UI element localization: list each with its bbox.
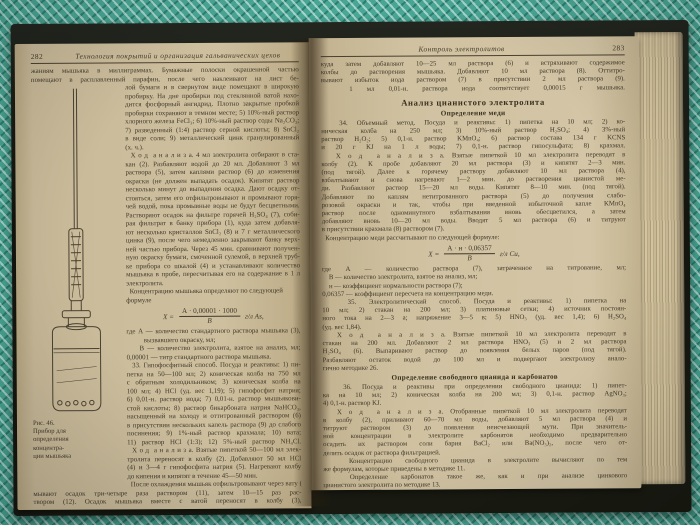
formula-lhs: X = xyxy=(428,250,439,258)
right-page-number: 283 xyxy=(612,43,624,52)
copper-formula: X = А · н · 0,06357 В г/л Cu, xyxy=(322,244,626,263)
text-line: несколько минут до выпадения осадка. Даю… xyxy=(126,185,300,195)
formula-units: г/л Cu, xyxy=(500,250,520,258)
text-line: в виде соли; 9) металлический цинк грану… xyxy=(125,134,299,144)
formula-fraction: А · 0,00001 · 1000 В xyxy=(179,308,240,326)
right-paragraph-3: где А — количество раствора (7), затраче… xyxy=(322,265,627,373)
formula-fraction: А · н · 0,06357 В xyxy=(444,245,494,263)
photo-of-open-book: 282 Технология покрытий и организация га… xyxy=(0,0,700,525)
text-line: формуле xyxy=(126,296,300,306)
figure-46-block: Рис. 46.Прибор дляопределенияконцентра-ц… xyxy=(31,84,121,483)
right-page-header: Контроль электролитов 283 xyxy=(321,43,625,57)
text-line: рая фильтрат в банку прибора (1), куда з… xyxy=(126,219,300,229)
right-paragraph-1: куда затем добавляют 10—25 мл раствора (… xyxy=(321,59,625,94)
arsenic-apparatus-figure xyxy=(37,86,115,416)
section-heading-cyanide-electrolyte: Анализ цианистого электролита xyxy=(321,96,625,108)
right-page: Контроль электролитов 283 куда затем доб… xyxy=(309,36,642,490)
left-running-title: Технология покрытий и организация гальва… xyxy=(57,50,299,60)
text-line: раствора (5), затем каплями раствор (6) … xyxy=(125,168,299,178)
text-line: Концентрацию меди рассчитывают по следую… xyxy=(322,233,626,243)
text-line: хлорного железа FeCl₃; 6) 10%-ный раство… xyxy=(125,117,299,127)
text-line: 1 мл 0,01-н. раствора иода соответствует… xyxy=(321,84,625,94)
open-book: 282 Технология покрытий и организация га… xyxy=(0,0,700,525)
left-bottom-paragraph: После охлаждения мышьяк отфильтровывают … xyxy=(33,481,301,508)
text-line: чей водой, пока промывные воды не будут … xyxy=(126,202,300,212)
text-line: твором (12). Осадок мышьяка вместе с ват… xyxy=(33,498,301,508)
text-line: дится фосфорный ангидрид. Плотно закрыты… xyxy=(125,100,299,110)
text-line: ную окраску бумаги, смоченной сулемой, в… xyxy=(126,253,300,263)
right-paragraph-4: 36. Посуда и реактивы при определении св… xyxy=(323,382,628,490)
formula-lhs: X = xyxy=(163,313,174,321)
left-page: 282 Технология покрытий и организация га… xyxy=(15,42,312,510)
text-line: лой бумаги и в свернутом виде помещают в… xyxy=(125,83,299,93)
text-line: цинка (9), после чего немедленно закрыва… xyxy=(126,236,300,246)
arsenic-formula: X = А · 0,00001 · 1000 В г/л As, xyxy=(126,307,300,325)
subheading-free-cyanide-carbonates: Определение свободного цианида и карбона… xyxy=(323,372,627,382)
right-running-title: Контроль электролитов xyxy=(321,43,603,54)
caption-line: ции мышьяка xyxy=(33,452,121,461)
left-page-number: 282 xyxy=(31,52,43,61)
page-block-fore-edge xyxy=(635,32,686,484)
figure-46-caption: Рис. 46.Прибор дляопределенияконцентра-ц… xyxy=(33,419,121,461)
left-top-paragraph: жаниям мышьяка в миллиграммах. Бумажные … xyxy=(31,66,299,85)
right-paragraph-2: 34. Объемный метод. Посуда и реактивы: 1… xyxy=(321,118,626,243)
formula-units: г/л As, xyxy=(245,312,264,320)
text-line: Концентрацию мышьяка определяют по следу… xyxy=(126,287,300,297)
text-line: Х о д а н а л и з а. 4 мл электролита от… xyxy=(125,151,299,161)
text-line: мышьяка в пробе, пересчитывая его на сод… xyxy=(126,270,300,280)
subheading-copper-determination: Определение меди xyxy=(321,108,625,118)
left-page-header: 282 Технология покрытий и организация га… xyxy=(31,50,299,64)
